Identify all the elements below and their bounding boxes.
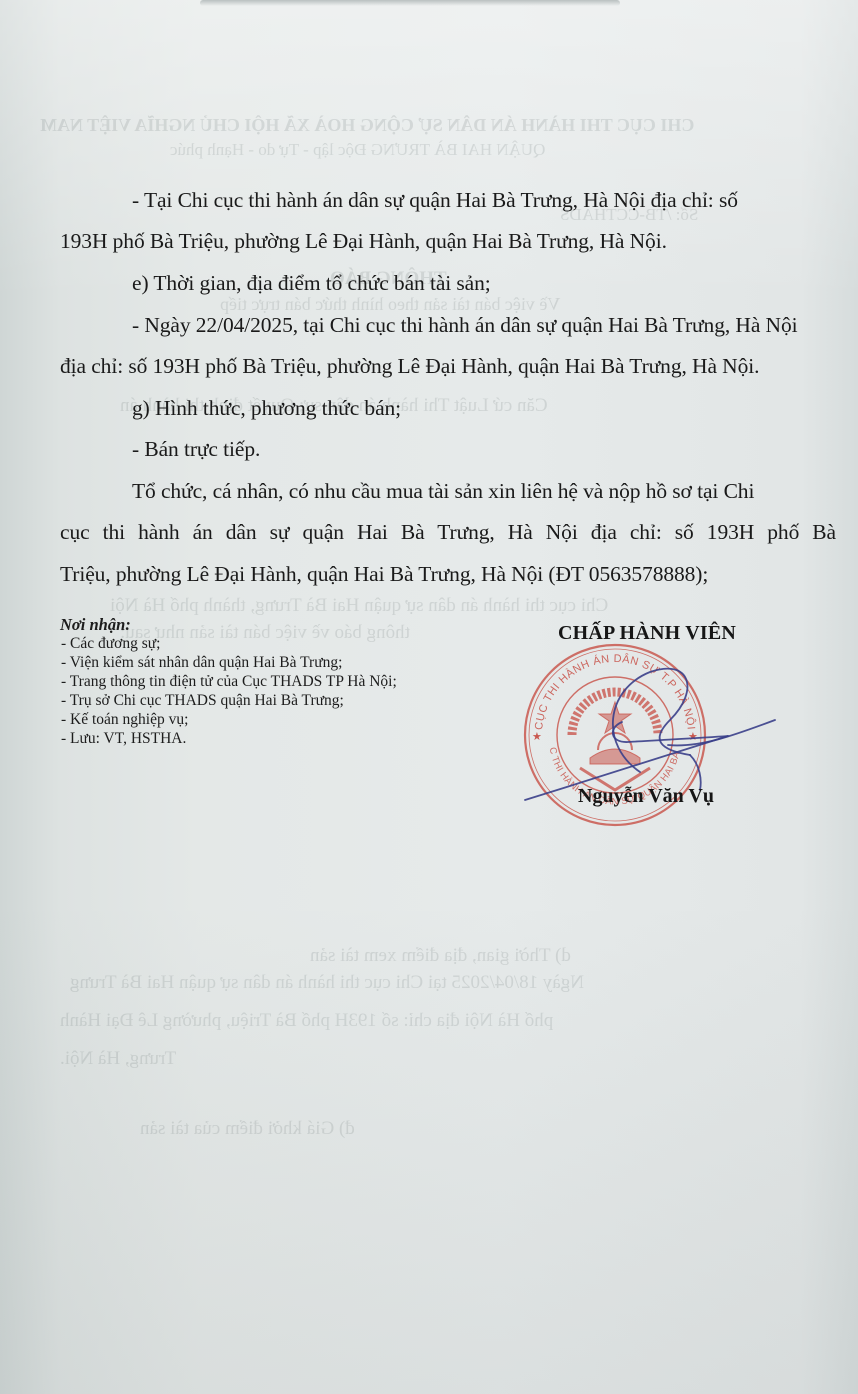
bleed-line: CHI CỤC THI HÀNH ÁN DÂN SỰ CỘNG HOÀ XÃ H… [40, 115, 694, 136]
recipient-item: - Trang thông tin điện tử của Cục THADS … [60, 672, 397, 691]
section-heading-g: g) Hình thức, phương thức bán; [132, 396, 401, 421]
recipient-item: - Các đương sự; [60, 634, 397, 653]
recipient-item: - Kế toán nghiệp vụ; [60, 710, 397, 729]
recipient-item: - Viện kiểm sát nhân dân quận Hai Bà Trư… [60, 653, 397, 672]
bleed-line: QUẬN HAI BÀ TRƯNG Độc lập - Tự do - Hạnh… [170, 140, 545, 160]
body-line: Triệu, phường Lê Đại Hành, quận Hai Bà T… [60, 562, 708, 587]
body-line: Tổ chức, cá nhân, có nhu cầu mua tài sản… [132, 479, 754, 504]
recipient-item: - Lưu: VT, HSTHA. [60, 729, 397, 748]
bleed-line: đ) Giá khởi điểm của tài sản [140, 1118, 355, 1140]
body-line: - Bán trực tiếp. [132, 437, 260, 462]
bleed-line: Trưng, Hà Nội. [60, 1048, 176, 1070]
recipient-item: - Trụ sở Chi cục THADS quận Hai Bà Trưng… [60, 691, 397, 710]
paper-top-edge [200, 0, 620, 6]
body-line: 193H phố Bà Triệu, phường Lê Đại Hành, q… [60, 229, 667, 254]
bleed-line: phố Hà Nội địa chỉ: số 193H phố Bà Triệu… [60, 1010, 553, 1032]
recipients-block: Nơi nhận: - Các đương sự; - Viện kiểm sá… [60, 615, 397, 748]
bleed-line: Về việc bán tài sản theo hình thức bán t… [220, 294, 560, 315]
body-line: - Ngày 22/04/2025, tại Chi cục thi hành … [132, 313, 798, 338]
bleed-line: Ngày 18/04/2025 tại Chi cục thi hành án … [70, 972, 584, 994]
signer-name: Nguyễn Văn Vụ [578, 785, 714, 808]
body-line: cục thi hành án dân sự quận Hai Bà Trưng… [60, 520, 836, 545]
body-line: địa chỉ: số 193H phố Bà Triệu, phường Lê… [60, 354, 759, 379]
section-heading-e: e) Thời gian, địa điểm tổ chức bán tài s… [132, 271, 491, 296]
body-line: - Tại Chi cục thi hành án dân sự quận Ha… [132, 188, 738, 213]
recipients-title: Nơi nhận: [60, 615, 397, 634]
bleed-line: Chi cục thi hành án dân sự quận Hai Bà T… [110, 595, 608, 617]
bleed-line: d) Thời gian, địa điểm xem tài sản [310, 945, 571, 967]
